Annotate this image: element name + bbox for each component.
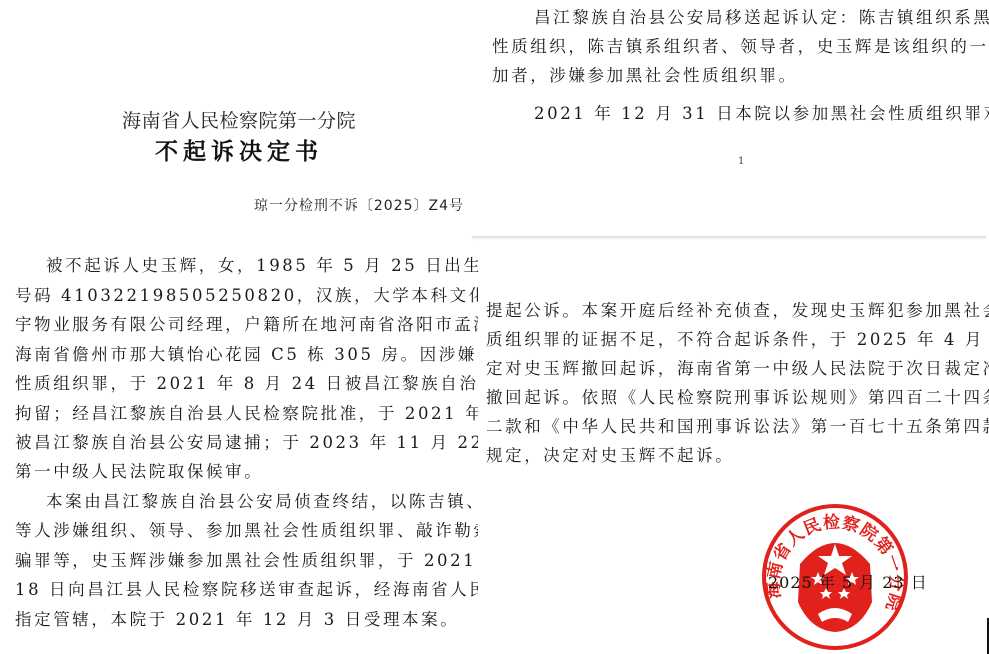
body-line: 规定，决定对史玉辉不起诉。 [486,445,734,467]
body-line: 昌江黎族自治县公安局移送起诉认定：陈吉镇组织系黑社会 [534,7,989,29]
page-divider [472,236,986,238]
document-title: 不起诉决定书 [0,133,478,166]
body-line: 撤回起诉。依照《人民检察院刑事诉讼规则》第四百二十四条第 [486,387,989,409]
body-line: 质组织罪的证据不足，不符合起诉条件，于 2025 年 4 月 22 日决 [486,329,989,351]
left-page: 海南省人民检察院第一分院 不起诉决定书 琼一分检刑不诉〔2025〕Z4号 被不起… [0,0,478,654]
body-line: 提起公诉。本案开庭后经补充侦查，发现史玉辉犯参加黑社会性 [486,300,989,322]
body-line: 第一中级人民法院取保候审。 [15,461,263,483]
body-line: 定对史玉辉撤回起诉，海南省第一中级人民法院于次日裁定准许 [486,358,989,380]
body-line: 等人涉嫌组织、领导、参加黑社会性质组织罪、敲诈勒索罪、诈 [15,520,550,542]
org-name: 海南省人民检察院第一分院 [0,106,478,133]
right-top-page: 昌江黎族自治县公安局移送起诉认定：陈吉镇组织系黑社会 性质组织，陈吉镇系组织者、… [484,0,989,238]
page-number: 1 [738,156,744,167]
body-line: 本案由昌江黎族自治县公安局侦查终结，以陈吉镇、赵秀琼 [46,491,543,513]
right-bottom-page: 提起公诉。本案开庭后经补充侦查，发现史玉辉犯参加黑社会性 质组织罪的证据不足，不… [478,240,989,654]
body-line: 性质组织，陈吉镇系组织者、领导者，史玉辉是该组织的一般参 [492,36,989,58]
body-line: 加者，涉嫌参加黑社会性质组织罪。 [492,65,798,87]
document-number: 琼一分检刑不诉〔2025〕Z4号 [254,195,464,215]
signed-date: 2025 年 5 月 23 日 [768,570,928,593]
body-line: 二款和《中华人民共和国刑事诉讼法》第一百七十五条第四款的 [486,416,989,438]
body-line: 宇物业服务有限公司经理，户籍所在地河南省洛阳市孟津区，住 [15,314,550,336]
body-line: 18 日向昌江县人民检察院移送审查起诉，经海南省人民检察院 [15,579,546,601]
body-line: 2021 年 12 月 31 日本院以参加黑社会性质组织罪对史玉辉 [534,103,989,125]
body-line: 指定管辖，本院于 2021 年 12 月 3 日受理本案。 [15,609,459,631]
